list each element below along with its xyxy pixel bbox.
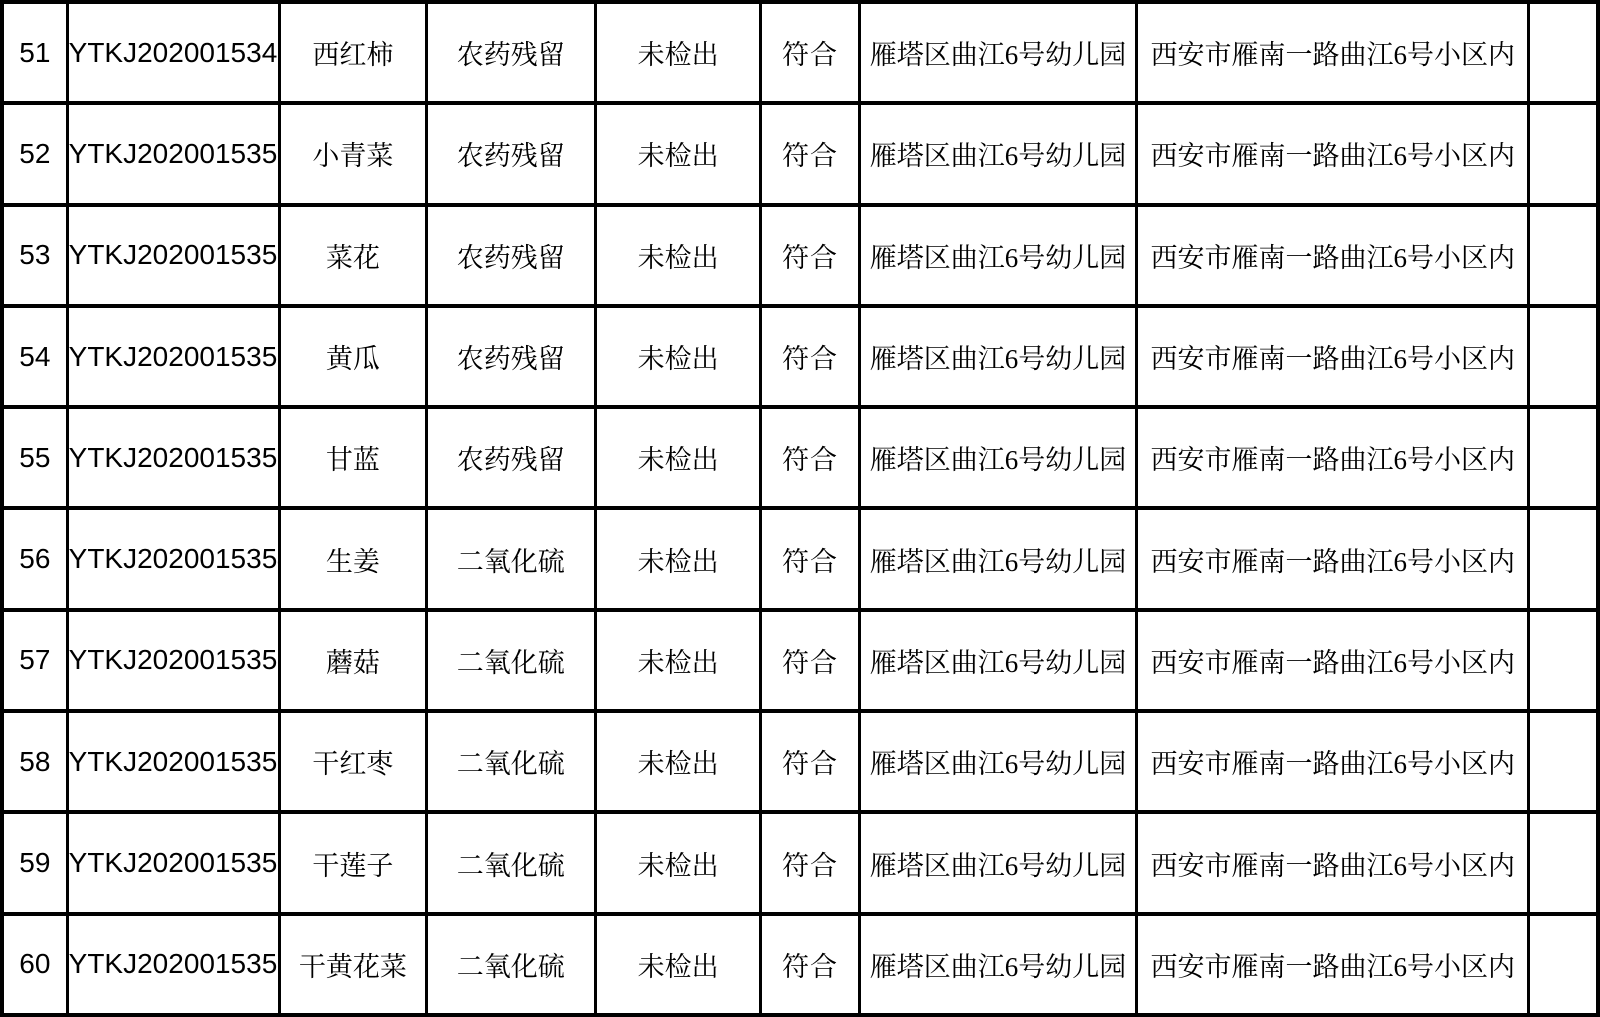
sampling-site-cell: 雁塔区曲江6号幼儿园 [859, 205, 1137, 306]
table-body: 51 YTKJ2020015349 西红柿 农药残留 未检出 符合 雁塔区曲江6… [2, 2, 1598, 1015]
sample-code-cell: YTKJ2020015351 [67, 205, 280, 306]
remark-cell [1529, 914, 1598, 1015]
conclusion-cell: 符合 [761, 205, 859, 306]
result-cell: 未检出 [595, 914, 760, 1015]
product-name-cell: 生姜 [280, 508, 426, 609]
product-name-cell: 干莲子 [280, 812, 426, 913]
sampling-site-cell: 雁塔区曲江6号幼儿园 [859, 306, 1137, 407]
test-item-cell: 农药残留 [426, 103, 595, 204]
test-item-cell: 二氧化硫 [426, 711, 595, 812]
row-no-cell: 51 [2, 2, 67, 103]
results-table: 51 YTKJ2020015349 西红柿 农药残留 未检出 符合 雁塔区曲江6… [0, 0, 1600, 1017]
result-cell: 未检出 [595, 2, 760, 103]
row-no-cell: 52 [2, 103, 67, 204]
sampling-site-cell: 雁塔区曲江6号幼儿园 [859, 812, 1137, 913]
address-cell: 西安市雁南一路曲江6号小区内 [1137, 205, 1529, 306]
conclusion-cell: 符合 [761, 508, 859, 609]
result-cell: 未检出 [595, 610, 760, 711]
sample-code-cell: YTKJ2020015349 [67, 2, 280, 103]
result-cell: 未检出 [595, 711, 760, 812]
test-item-cell: 二氧化硫 [426, 914, 595, 1015]
address-cell: 西安市雁南一路曲江6号小区内 [1137, 610, 1529, 711]
table-row: 56 YTKJ2020015354 生姜 二氧化硫 未检出 符合 雁塔区曲江6号… [2, 508, 1598, 609]
test-item-cell: 二氧化硫 [426, 508, 595, 609]
remark-cell [1529, 610, 1598, 711]
result-cell: 未检出 [595, 407, 760, 508]
product-name-cell: 干红枣 [280, 711, 426, 812]
result-cell: 未检出 [595, 306, 760, 407]
remark-cell [1529, 205, 1598, 306]
row-no-cell: 60 [2, 914, 67, 1015]
remark-cell [1529, 508, 1598, 609]
test-item-cell: 农药残留 [426, 2, 595, 103]
row-no-cell: 53 [2, 205, 67, 306]
address-cell: 西安市雁南一路曲江6号小区内 [1137, 103, 1529, 204]
test-item-cell: 农药残留 [426, 306, 595, 407]
sample-code-cell: YTKJ2020015354 [67, 508, 280, 609]
address-cell: 西安市雁南一路曲江6号小区内 [1137, 508, 1529, 609]
conclusion-cell: 符合 [761, 103, 859, 204]
row-no-cell: 58 [2, 711, 67, 812]
sampling-site-cell: 雁塔区曲江6号幼儿园 [859, 103, 1137, 204]
sample-code-cell: YTKJ2020015353 [67, 407, 280, 508]
sample-code-cell: YTKJ2020015350 [67, 103, 280, 204]
conclusion-cell: 符合 [761, 2, 859, 103]
address-cell: 西安市雁南一路曲江6号小区内 [1137, 407, 1529, 508]
conclusion-cell: 符合 [761, 610, 859, 711]
table-row: 52 YTKJ2020015350 小青菜 农药残留 未检出 符合 雁塔区曲江6… [2, 103, 1598, 204]
address-cell: 西安市雁南一路曲江6号小区内 [1137, 812, 1529, 913]
table-row: 59 YTKJ2020015357 干莲子 二氧化硫 未检出 符合 雁塔区曲江6… [2, 812, 1598, 913]
address-cell: 西安市雁南一路曲江6号小区内 [1137, 306, 1529, 407]
sample-code-cell: YTKJ2020015352 [67, 306, 280, 407]
result-cell: 未检出 [595, 103, 760, 204]
conclusion-cell: 符合 [761, 812, 859, 913]
conclusion-cell: 符合 [761, 306, 859, 407]
result-cell: 未检出 [595, 205, 760, 306]
test-item-cell: 农药残留 [426, 407, 595, 508]
remark-cell [1529, 407, 1598, 508]
table-row: 58 YTKJ2020015356 干红枣 二氧化硫 未检出 符合 雁塔区曲江6… [2, 711, 1598, 812]
row-no-cell: 56 [2, 508, 67, 609]
table-row: 55 YTKJ2020015353 甘蓝 农药残留 未检出 符合 雁塔区曲江6号… [2, 407, 1598, 508]
product-name-cell: 干黄花菜 [280, 914, 426, 1015]
sampling-site-cell: 雁塔区曲江6号幼儿园 [859, 508, 1137, 609]
remark-cell [1529, 306, 1598, 407]
result-cell: 未检出 [595, 508, 760, 609]
sampling-site-cell: 雁塔区曲江6号幼儿园 [859, 2, 1137, 103]
remark-cell [1529, 711, 1598, 812]
test-item-cell: 二氧化硫 [426, 610, 595, 711]
conclusion-cell: 符合 [761, 711, 859, 812]
address-cell: 西安市雁南一路曲江6号小区内 [1137, 711, 1529, 812]
test-item-cell: 农药残留 [426, 205, 595, 306]
sample-code-cell: YTKJ2020015358 [67, 914, 280, 1015]
conclusion-cell: 符合 [761, 914, 859, 1015]
product-name-cell: 菜花 [280, 205, 426, 306]
row-no-cell: 57 [2, 610, 67, 711]
sampling-site-cell: 雁塔区曲江6号幼儿园 [859, 711, 1137, 812]
table-row: 51 YTKJ2020015349 西红柿 农药残留 未检出 符合 雁塔区曲江6… [2, 2, 1598, 103]
sample-code-cell: YTKJ2020015356 [67, 711, 280, 812]
table-row: 60 YTKJ2020015358 干黄花菜 二氧化硫 未检出 符合 雁塔区曲江… [2, 914, 1598, 1015]
remark-cell [1529, 103, 1598, 204]
sampling-site-cell: 雁塔区曲江6号幼儿园 [859, 914, 1137, 1015]
product-name-cell: 蘑菇 [280, 610, 426, 711]
address-cell: 西安市雁南一路曲江6号小区内 [1137, 2, 1529, 103]
sample-code-cell: YTKJ2020015355 [67, 610, 280, 711]
address-cell: 西安市雁南一路曲江6号小区内 [1137, 914, 1529, 1015]
product-name-cell: 黄瓜 [280, 306, 426, 407]
sampling-site-cell: 雁塔区曲江6号幼儿园 [859, 610, 1137, 711]
product-name-cell: 甘蓝 [280, 407, 426, 508]
test-item-cell: 二氧化硫 [426, 812, 595, 913]
row-no-cell: 54 [2, 306, 67, 407]
sample-code-cell: YTKJ2020015357 [67, 812, 280, 913]
sampling-site-cell: 雁塔区曲江6号幼儿园 [859, 407, 1137, 508]
row-no-cell: 59 [2, 812, 67, 913]
table-row: 54 YTKJ2020015352 黄瓜 农药残留 未检出 符合 雁塔区曲江6号… [2, 306, 1598, 407]
remark-cell [1529, 2, 1598, 103]
product-name-cell: 西红柿 [280, 2, 426, 103]
product-name-cell: 小青菜 [280, 103, 426, 204]
table-row: 57 YTKJ2020015355 蘑菇 二氧化硫 未检出 符合 雁塔区曲江6号… [2, 610, 1598, 711]
conclusion-cell: 符合 [761, 407, 859, 508]
table-row: 53 YTKJ2020015351 菜花 农药残留 未检出 符合 雁塔区曲江6号… [2, 205, 1598, 306]
remark-cell [1529, 812, 1598, 913]
result-cell: 未检出 [595, 812, 760, 913]
row-no-cell: 55 [2, 407, 67, 508]
